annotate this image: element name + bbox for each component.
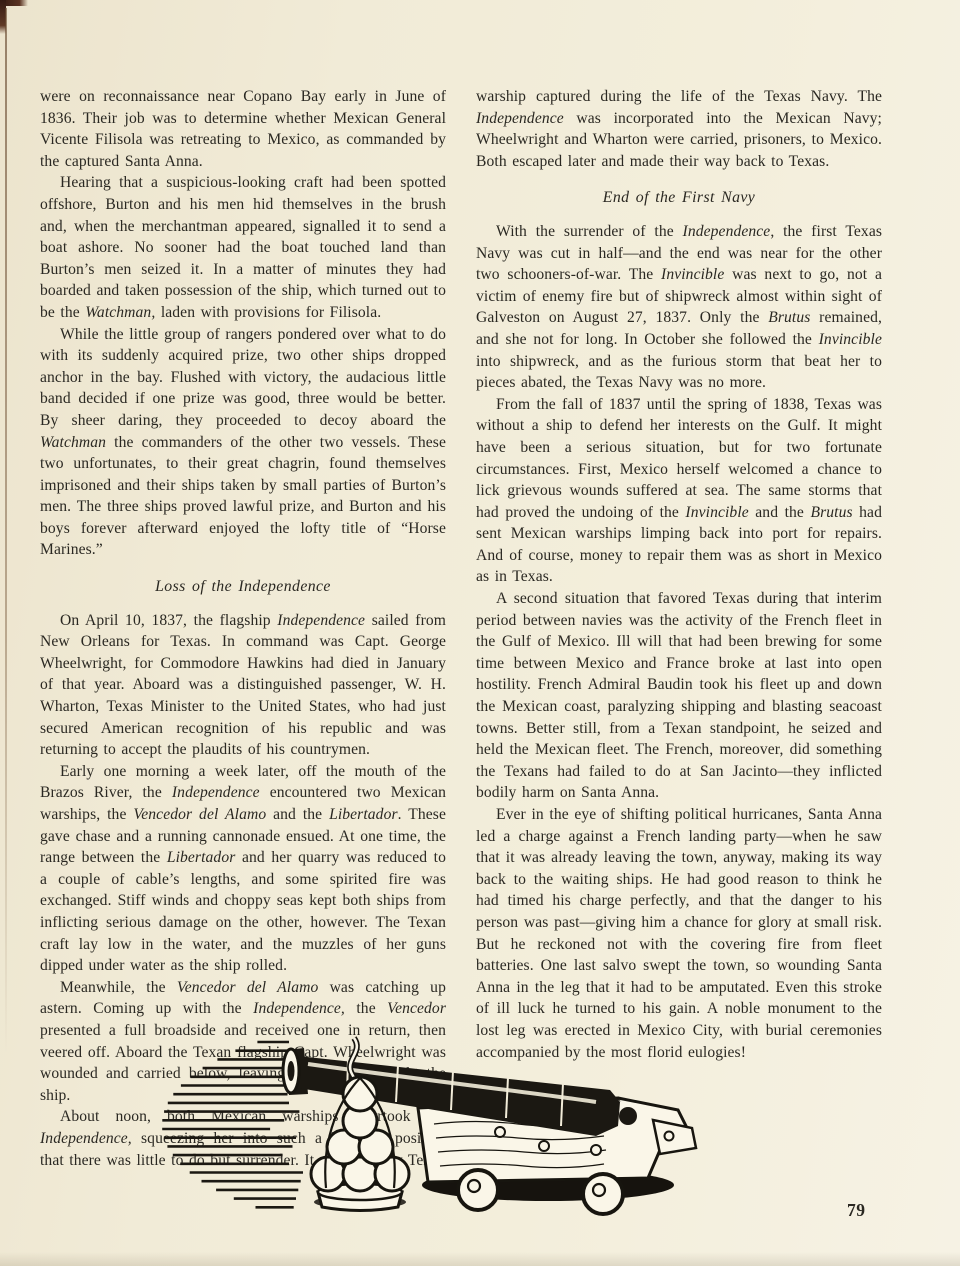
text-columns: were on reconnaissance near Copano Bay e… <box>40 86 882 1171</box>
paragraph: With the surrender of the Independence, … <box>476 221 882 394</box>
paragraph: Hearing that a suspicious-looking craft … <box>40 172 446 323</box>
paragraph: were on reconnaissance near Copano Bay e… <box>40 86 446 172</box>
paragraph: While the little group of rangers ponder… <box>40 324 446 562</box>
cannon-illustration <box>148 1028 796 1218</box>
paragraph: A second situation that favored Texas du… <box>476 588 882 804</box>
section-heading: End of the First Navy <box>476 187 882 209</box>
paragraph: From the fall of 1837 until the spring o… <box>476 394 882 588</box>
section-heading: Loss of the Independence <box>40 576 446 598</box>
paragraph: warship captured during the life of the … <box>476 86 882 172</box>
paragraph: Early one morning a week later, off the … <box>40 761 446 977</box>
book-page: were on reconnaissance near Copano Bay e… <box>0 0 960 1266</box>
right-column: warship captured during the life of the … <box>476 86 882 1171</box>
page-number: 79 <box>847 1200 866 1221</box>
paragraph: Ever in the eye of shifting political hu… <box>476 804 882 1063</box>
page-gutter-shadow <box>5 8 7 1054</box>
cannon-illustration-svg <box>148 1028 796 1218</box>
paragraph: On April 10, 1837, the flagship Independ… <box>40 610 446 761</box>
left-column: were on reconnaissance near Copano Bay e… <box>40 86 446 1171</box>
